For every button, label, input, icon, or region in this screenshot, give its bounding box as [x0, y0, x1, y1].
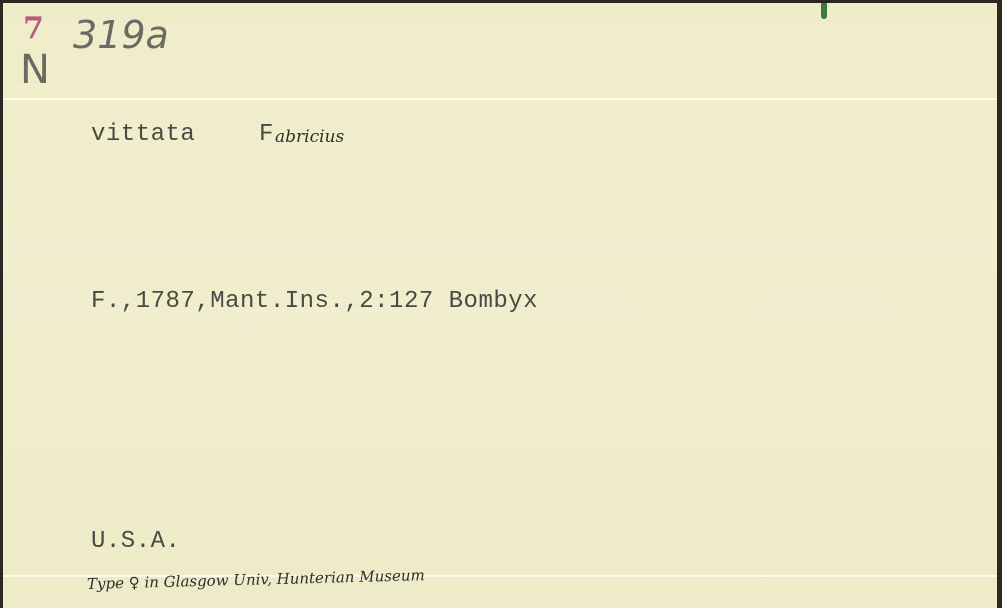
locality: U.S.A.	[91, 528, 180, 555]
species-name: vittata	[91, 121, 195, 148]
pencil-letter: N	[20, 47, 50, 93]
type-specimen-note: Type ♀ in Glasgow Univ, Hunterian Museum	[87, 566, 425, 593]
author-handwritten: abricius	[275, 127, 344, 147]
index-card: 7 319a N vittata F abricius F.,1787,Mant…	[3, 3, 997, 608]
corner-number: 7	[23, 11, 44, 46]
scan-artifact-line	[3, 98, 997, 100]
citation: F.,1787,Mant.Ins.,2:127 Bombyx	[91, 288, 538, 315]
catalog-number: 319a	[73, 13, 169, 57]
green-tab-marker	[821, 3, 827, 19]
author-initial: F	[259, 121, 274, 148]
